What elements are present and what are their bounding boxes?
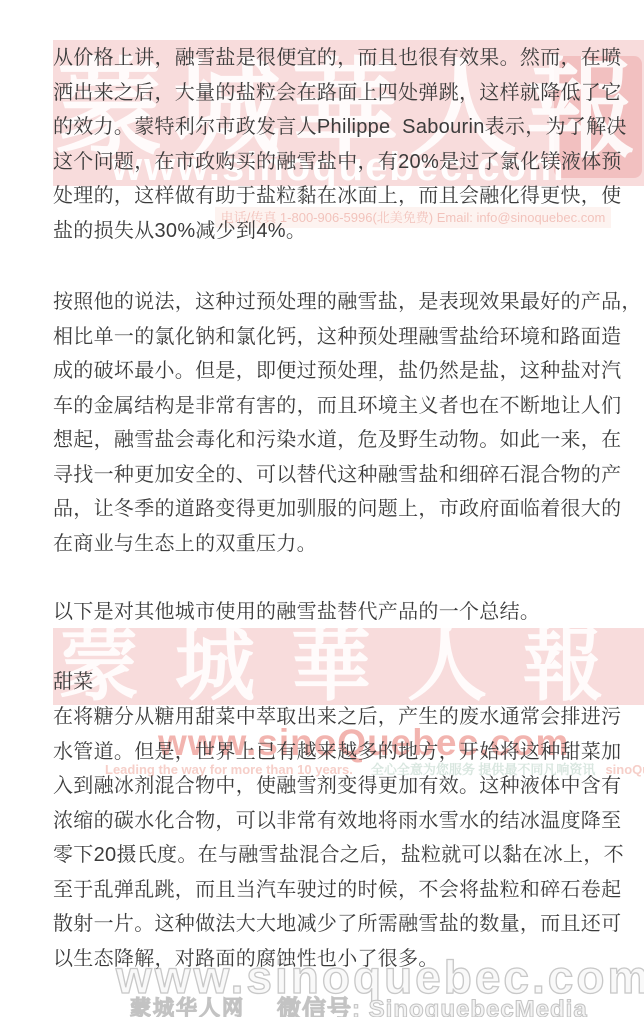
footer-site-name: 蒙城华人网	[130, 992, 245, 1017]
article-page: 蒙城華人報 www.sinoquebec.com 电话/传真 1-800-906…	[0, 0, 644, 1017]
paragraph-beet-juice: 在将糖分从糖用甜菜中萃取出来之后，产生的废水通常会排进污 水管道。但是，世界上已…	[53, 700, 644, 976]
paragraph-summary-intro: 以下是对其他城市使用的融雪盐替代产品的一个总结。	[53, 595, 644, 630]
paragraph-pretreated-salt: 按照他的说法，这种过预处理的融雪盐，是表现效果最好的产品， 相比单一的氯化钠和氯…	[53, 285, 644, 561]
paragraph-salt-cost: 从价格上讲，融雪盐是很便宜的，而且也很有效果。然而，在喷 洒出来之后，大量的盐粒…	[53, 41, 644, 248]
section-heading-beet: 甜菜	[53, 665, 644, 700]
footer-wechat-id: 微信号: SinoquebecMedia	[277, 989, 588, 1017]
